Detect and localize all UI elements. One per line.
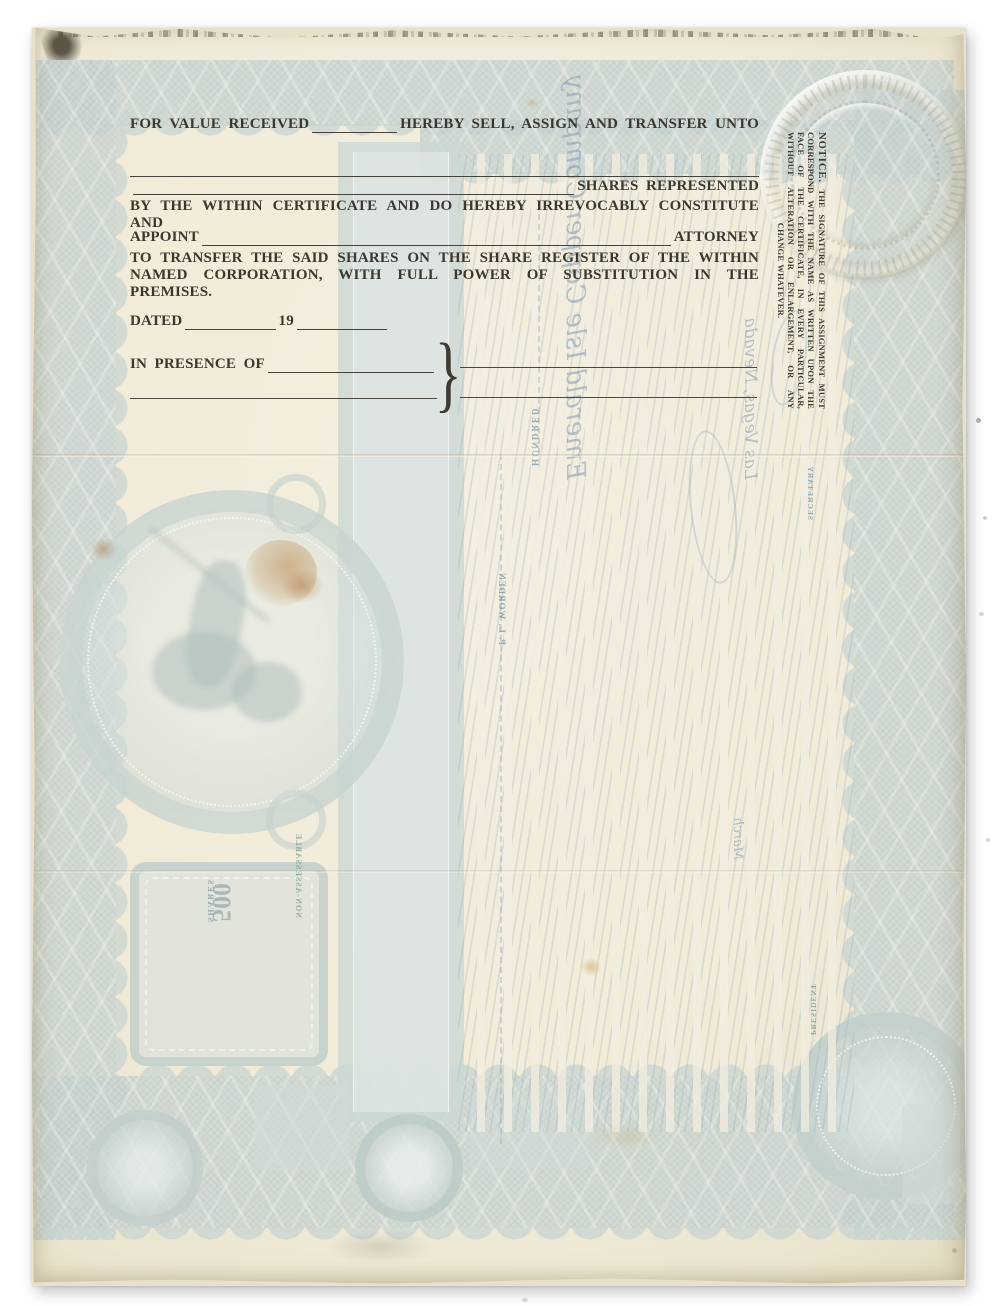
signature-line-2 xyxy=(460,397,757,398)
notice-line-1-text: THE SIGNATURE OF THIS ASSIGNMENT MUST xyxy=(817,189,827,409)
signature-line-1 xyxy=(460,367,757,368)
dated-label: DATED xyxy=(130,313,182,330)
assignor-blank xyxy=(312,117,397,133)
in-presence-label: IN PRESENCE OF xyxy=(130,356,265,373)
year-blank xyxy=(297,314,387,330)
witness-blank xyxy=(268,357,434,373)
year-prefix: 19 xyxy=(279,313,294,330)
notice-heading: NOTICE. xyxy=(816,132,827,183)
witness-line: IN PRESENCE OF xyxy=(130,356,437,373)
appoint-line: APPOINT ATTORNEY xyxy=(130,229,759,246)
transferee-line xyxy=(130,160,759,177)
transferee-blank xyxy=(130,161,759,177)
dated-blank xyxy=(185,314,275,330)
dust-speck xyxy=(522,1298,528,1302)
notice-line-2: CORRESPOND WITH THE NAME AS WRITTEN UPON… xyxy=(806,132,816,409)
transfer-line: TO TRANSFER THE SAID SHARES ON THE SHARE… xyxy=(130,250,759,267)
attorney-label: ATTORNEY xyxy=(674,229,759,246)
dust-speck xyxy=(986,838,990,842)
scan-background: Emerald Isle Copper Company Las Vegas, N… xyxy=(0,0,1000,1306)
notice-line-4: WITHOUT ALTERATION OR ENLARGEMENT, OR AN… xyxy=(786,132,796,409)
brace-glyph: } xyxy=(435,336,462,412)
notice-line-5: CHANGE WHATEVER. xyxy=(776,132,786,409)
attorney-blank xyxy=(202,230,671,246)
value-received-label: FOR VALUE RECEIVED xyxy=(130,116,309,133)
constitute-line: BY THE WITHIN CERTIFICATE AND DO HEREBY … xyxy=(130,198,759,232)
notice-line-1: NOTICE. THE SIGNATURE OF THIS ASSIGNMENT… xyxy=(816,132,827,409)
dust-speck xyxy=(979,612,984,616)
dust-speck xyxy=(983,516,987,520)
sell-assign-label: HEREBY SELL, ASSIGN AND TRANSFER UNTO xyxy=(400,116,759,133)
appoint-label: APPOINT xyxy=(130,229,199,246)
shares-line: SHARES REPRESENTED xyxy=(130,178,759,195)
dated-line: DATED 19 xyxy=(130,313,390,330)
premises-line: NAMED CORPORATION, WITH FULL POWER OF SU… xyxy=(130,267,759,301)
dust-speck xyxy=(952,1248,957,1253)
witness-line-2 xyxy=(130,398,437,399)
notice-line-3: FACE OF THE CERTIFICATE, IN EVERY PARTIC… xyxy=(796,132,806,409)
dust-speck xyxy=(976,418,981,423)
shares-blank xyxy=(133,179,574,195)
notice-block: NOTICE. THE SIGNATURE OF THIS ASSIGNMENT… xyxy=(777,132,827,409)
certificate-back-paper: Emerald Isle Copper Company Las Vegas, N… xyxy=(30,24,968,1286)
value-received-line: FOR VALUE RECEIVED HEREBY SELL, ASSIGN A… xyxy=(130,116,759,133)
shares-represented-label: SHARES REPRESENTED xyxy=(577,178,759,195)
